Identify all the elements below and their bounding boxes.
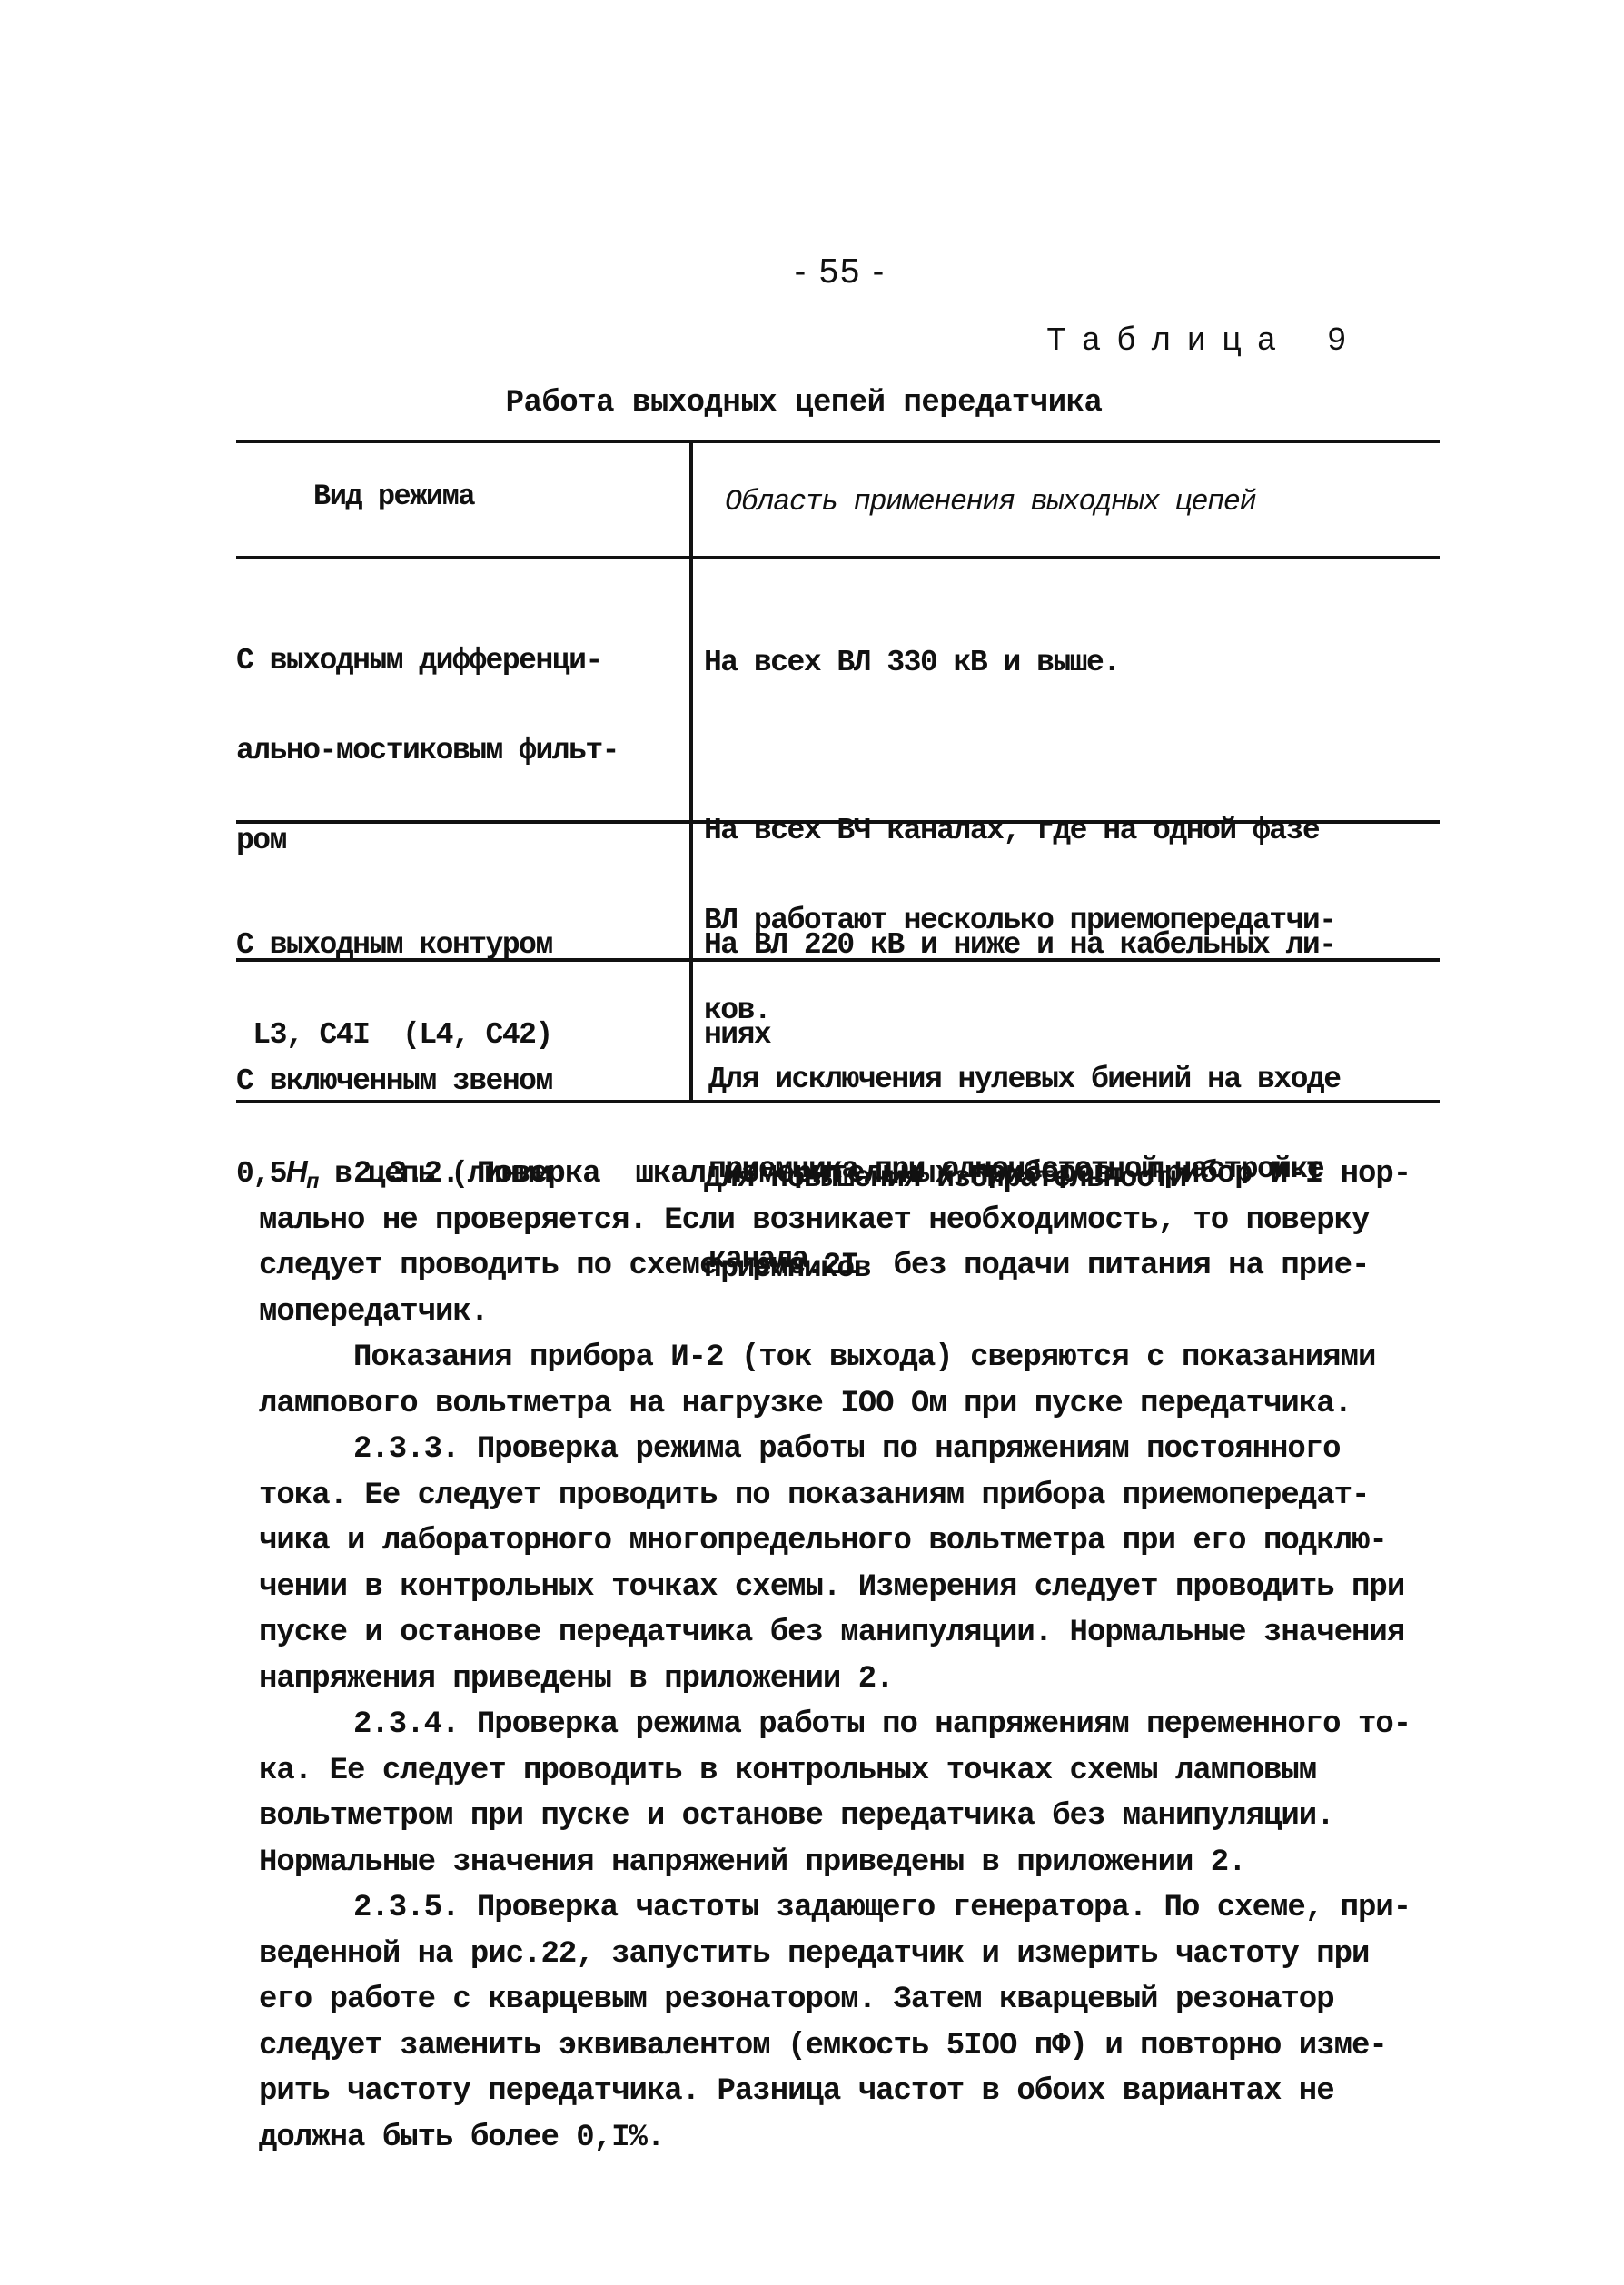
body-line: ка. Ее следует проводить в контрольных т… [259, 1748, 1494, 1795]
table-header-mode: Вид режима [313, 481, 474, 511]
table-cell-line: ром [236, 826, 619, 856]
table-cell-line: На всех ВЛ 330 кВ и выше. [704, 648, 1336, 678]
table-label: Таблица 9 [1046, 322, 1362, 360]
output-circuits-table: Вид режима Область применения выходных ц… [236, 440, 1440, 1103]
body-line: должна быть более 0,I%. [259, 2115, 1494, 2161]
body-line: напряжения приведены в приложении 2. [259, 1657, 1494, 1703]
body-line: Нормальные значения напряжений приведены… [259, 1840, 1494, 1886]
body-line: вольтметром при пуске и останове передат… [259, 1794, 1494, 1840]
page-number: - 55 - [0, 252, 1624, 292]
body-line: чика и лабораторного многопредельного во… [259, 1518, 1494, 1565]
table-column-divider [689, 440, 693, 1103]
table-cell-line: ально-мостиковым фильт- [236, 736, 619, 766]
body-line: чении в контрольных точках схемы. Измере… [259, 1565, 1494, 1611]
table-cell-line: На всех ВЧ каналах, где на одной фазе [704, 816, 1336, 846]
body-line: мопередатчик. [259, 1290, 1494, 1336]
table-cell-line: На ВЛ 220 кВ и ниже и на кабельных ли- [704, 930, 1336, 960]
body-line: тока. Ее следует проводить по показаниям… [259, 1473, 1494, 1519]
body-line: Показания прибора И-2 (ток выхода) сверя… [259, 1335, 1494, 1381]
table-cell-line: С включенным звеном [236, 1066, 552, 1096]
body-line: рить частоту передатчика. Разница частот… [259, 2069, 1494, 2115]
body-line: лампового вольтметра на нагрузке IOO Ом … [259, 1381, 1494, 1428]
table-top-rule [236, 440, 1440, 443]
body-line: 2.3.2. Поверка шкал измерительных прибор… [259, 1152, 1494, 1198]
body-line: 2.3.3. Проверка режима работы по напряже… [259, 1427, 1494, 1473]
body-text: 2.3.2. Поверка шкал измерительных прибор… [259, 1152, 1494, 2161]
body-line: его работе с кварцевым резонатором. Зате… [259, 1977, 1494, 2023]
table-caption: Работа выходных цепей передатчика [0, 386, 1608, 420]
body-line: 2.3.4. Проверка режима работы по напряже… [259, 1702, 1494, 1748]
body-line: мально не проверяется. Если возникает не… [259, 1198, 1494, 1244]
body-line: пуске и останове передатчика без манипул… [259, 1610, 1494, 1657]
body-line: следует проводить по схеме рис.2I без по… [259, 1243, 1494, 1290]
table-cell-line: Для исключения нулевых биений на входе [708, 1064, 1341, 1094]
body-line: следует заменить эквивалентом (емкость 5… [259, 2023, 1494, 2070]
table-header-application: Область применения выходных цепей [725, 487, 1255, 517]
body-line: 2.3.5. Проверка частоты задающего генера… [259, 1885, 1494, 1932]
table-row-1-mode: С выходным дифференци- ально-мостиковым … [236, 586, 619, 915]
body-line: веденной на рис.22, запустить передатчик… [259, 1932, 1494, 1978]
table-cell-line: С выходным дифференци- [236, 646, 619, 676]
table-cell-line: С выходным контуром [236, 930, 552, 960]
table-header-rule [236, 556, 1440, 559]
